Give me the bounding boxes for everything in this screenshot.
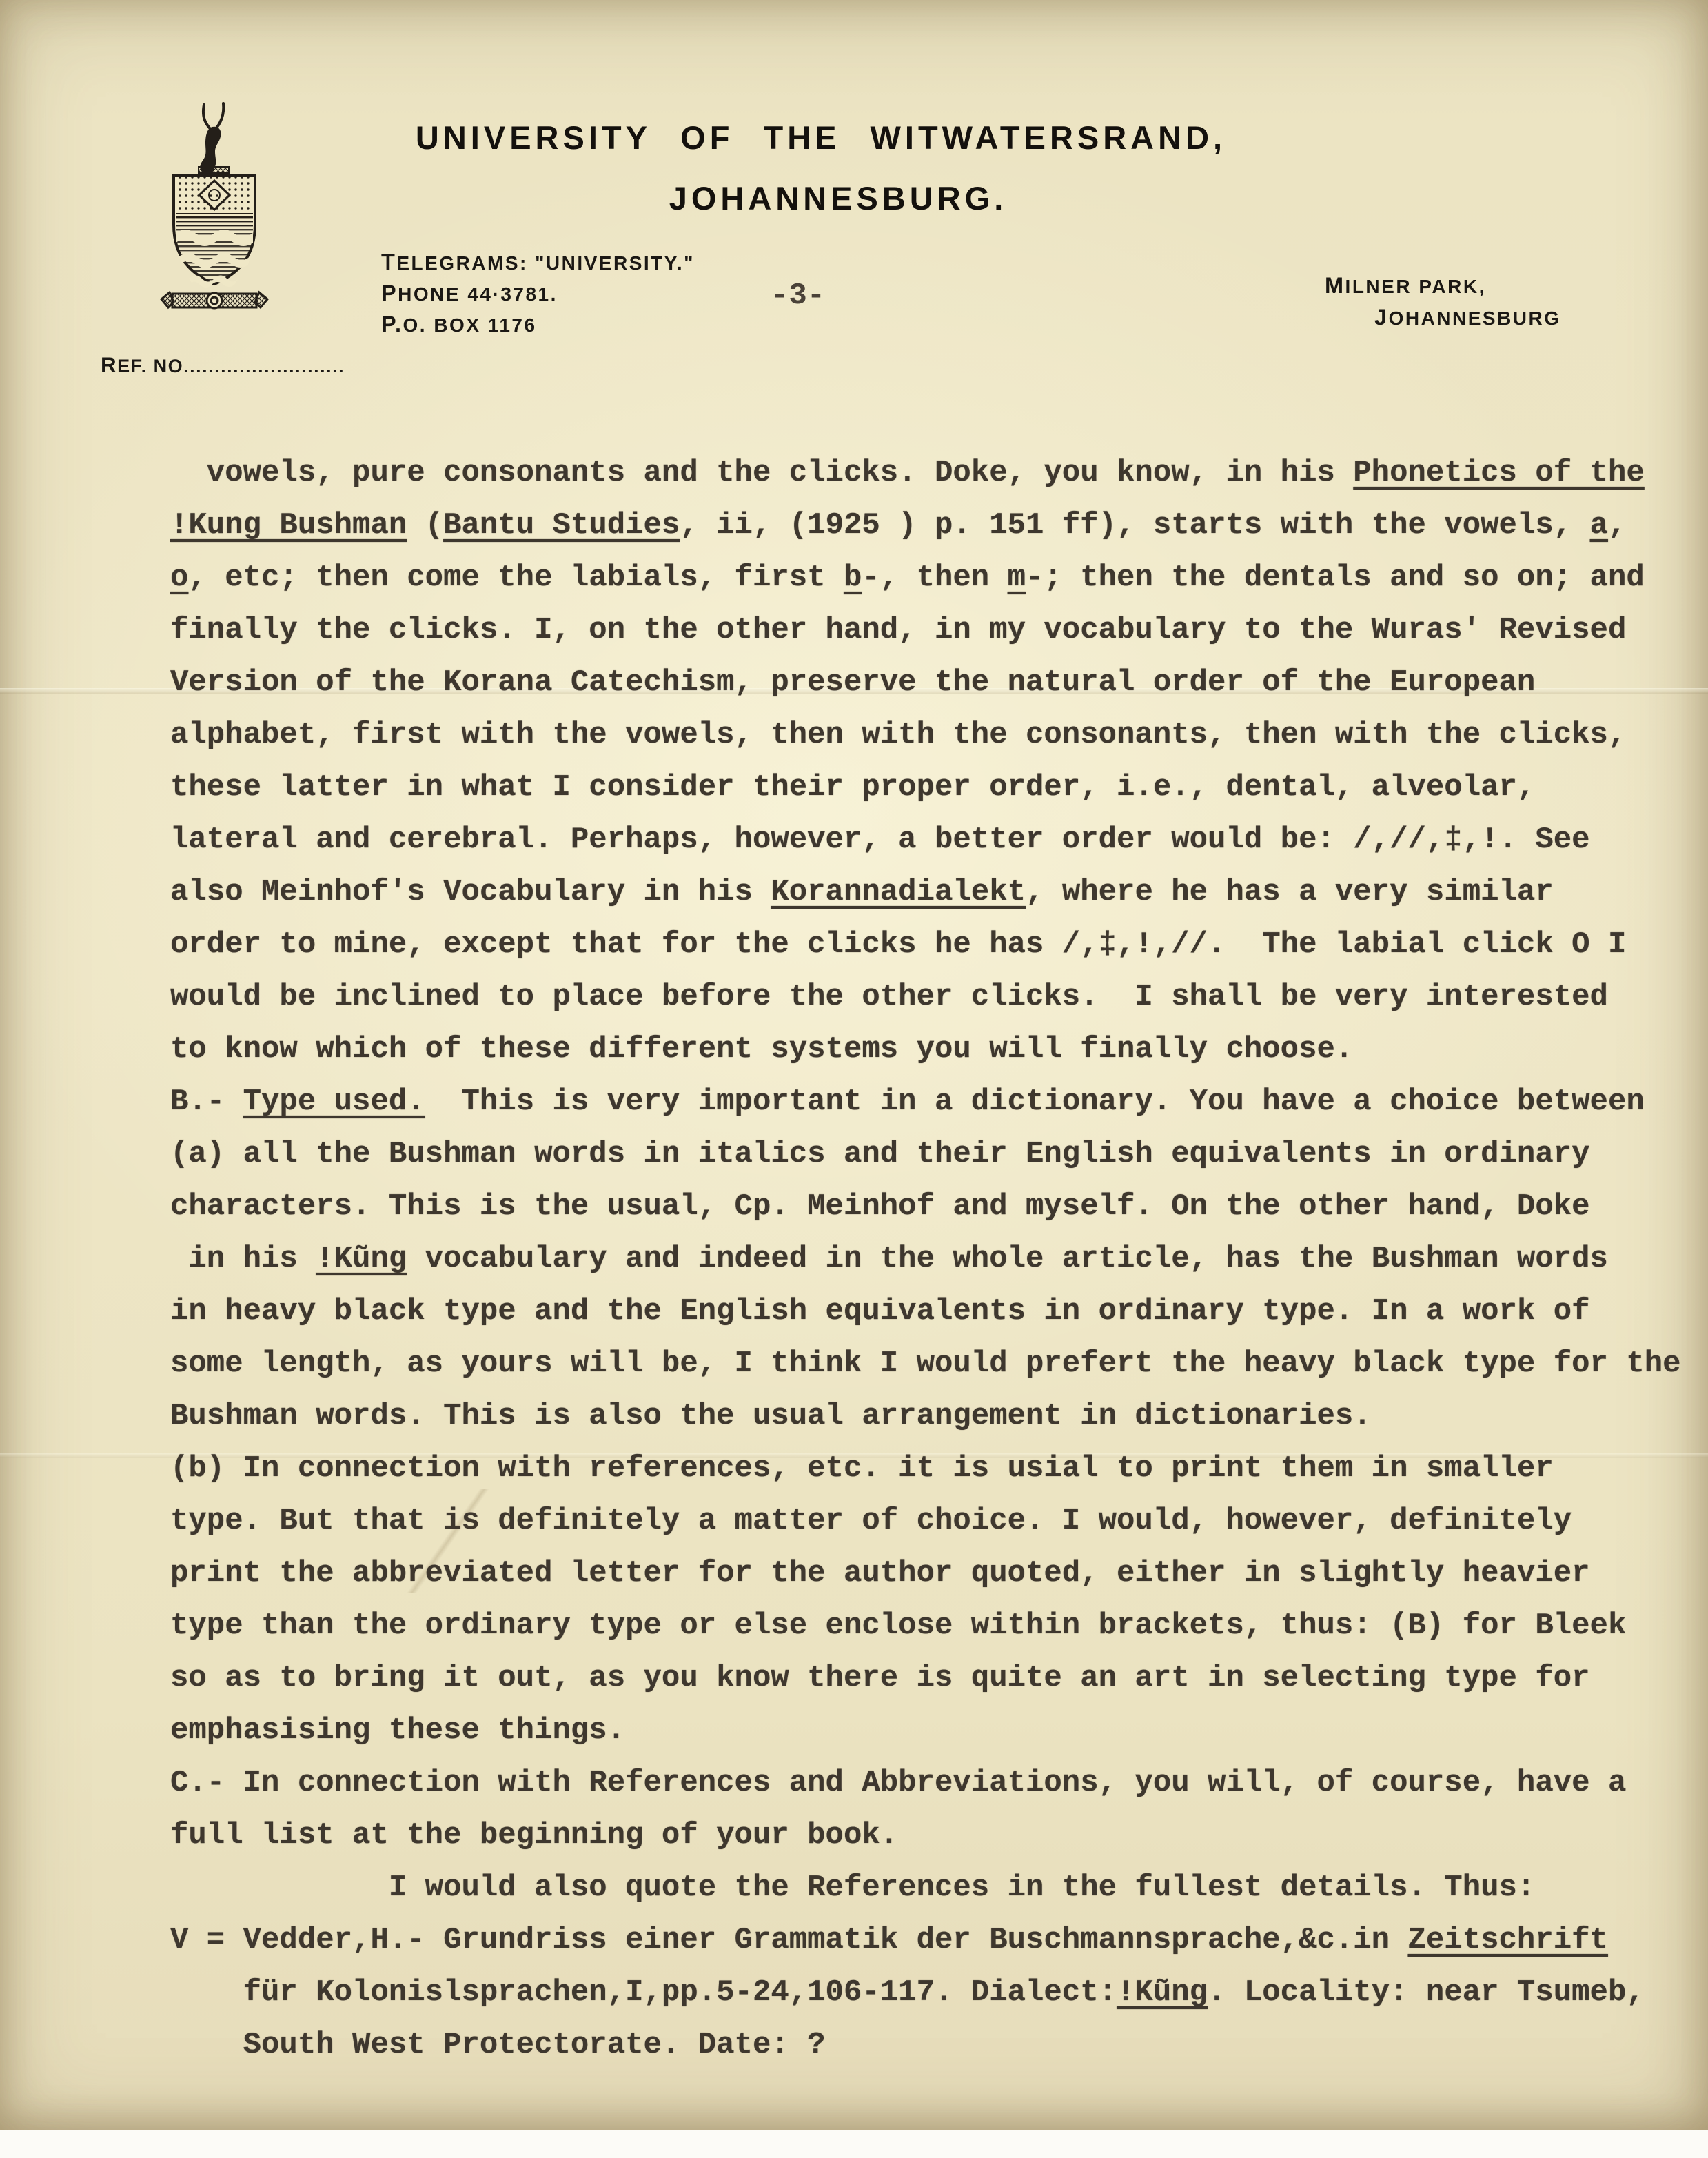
- address-line-2: JOHANNESBURG: [1374, 305, 1561, 330]
- letter-line: order to mine, except that for the click…: [170, 918, 1708, 971]
- letter-line: C.- In connection with References and Ab…: [170, 1757, 1708, 1809]
- letter-line: Bushman words. This is also the usual ar…: [170, 1390, 1708, 1442]
- letter-line: also Meinhof's Vocabulary in his Koranna…: [170, 866, 1708, 918]
- ref-no-field: REF. NO..........................: [101, 353, 345, 378]
- letter-line: I would also quote the References in the…: [170, 1862, 1708, 1914]
- letter-line: emphasising these things.: [170, 1704, 1708, 1757]
- letter-line: would be inclined to place before the ot…: [170, 971, 1708, 1023]
- letter-line: Version of the Korana Catechism, preserv…: [170, 656, 1708, 709]
- letter-line: finally the clicks. I, on the other hand…: [170, 604, 1708, 656]
- letter-line: full list at the beginning of your book.: [170, 1809, 1708, 1862]
- letter-line: B.- Type used. This is very important in…: [170, 1076, 1708, 1128]
- letter-line: characters. This is the usual, Cp. Meinh…: [170, 1180, 1708, 1233]
- letter-line: these latter in what I consider their pr…: [170, 761, 1708, 814]
- letter-line: lateral and cerebral. Perhaps, however, …: [170, 814, 1708, 866]
- letter-line: (b) In connection with references, etc. …: [170, 1442, 1708, 1495]
- letter-line: o, etc; then come the labials, first b-,…: [170, 552, 1708, 604]
- letter-line: vowels, pure consonants and the clicks. …: [170, 447, 1708, 499]
- letter-line: V = Vedder,H.- Grundriss einer Grammatik…: [170, 1914, 1708, 1966]
- university-name: UNIVERSITY OF THE WITWATERSRAND,: [0, 119, 1642, 157]
- letter-line: print the abbreviated letter for the aut…: [170, 1547, 1708, 1600]
- letter-body: vowels, pure consonants and the clicks. …: [170, 447, 1708, 2071]
- letter-line: South West Protectorate. Date: ?: [170, 2019, 1708, 2071]
- letter-line: type than the ordinary type or else encl…: [170, 1600, 1708, 1652]
- letter-line: in heavy black type and the English equi…: [170, 1285, 1708, 1338]
- po-box-line: P.O. BOX 1176: [381, 312, 537, 337]
- telegrams-line: TELEGRAMS: "UNIVERSITY.": [381, 250, 695, 275]
- letter-line: (a) all the Bushman words in italics and…: [170, 1128, 1708, 1180]
- letter-line: in his !Kũng vocabulary and indeed in th…: [170, 1233, 1708, 1285]
- scanned-letter-page: UNIVERSITY OF THE WITWATERSRAND, JOHANNE…: [0, 0, 1708, 2158]
- university-city: JOHANNESBURG.: [0, 179, 1676, 217]
- letter-line: type. But that is definitely a matter of…: [170, 1495, 1708, 1547]
- letter-line: !Kung Bushman (Bantu Studies, ii, (1925 …: [170, 499, 1708, 552]
- letter-line: alphabet, first with the vowels, then wi…: [170, 709, 1708, 761]
- letter-line: so as to bring it out, as you know there…: [170, 1652, 1708, 1704]
- letter-line: to know which of these different systems…: [170, 1023, 1708, 1076]
- phone-line: PHONE 44·3781.: [381, 281, 558, 306]
- page-number: -3-: [771, 279, 825, 313]
- letter-line: für Kolonislsprachen,I,pp.5-24,106-117. …: [170, 1966, 1708, 2019]
- scan-edge: [0, 2130, 1708, 2158]
- letter-line: some length, as yours will be, I think I…: [170, 1338, 1708, 1390]
- address-line-1: MILNER PARK,: [1325, 273, 1486, 299]
